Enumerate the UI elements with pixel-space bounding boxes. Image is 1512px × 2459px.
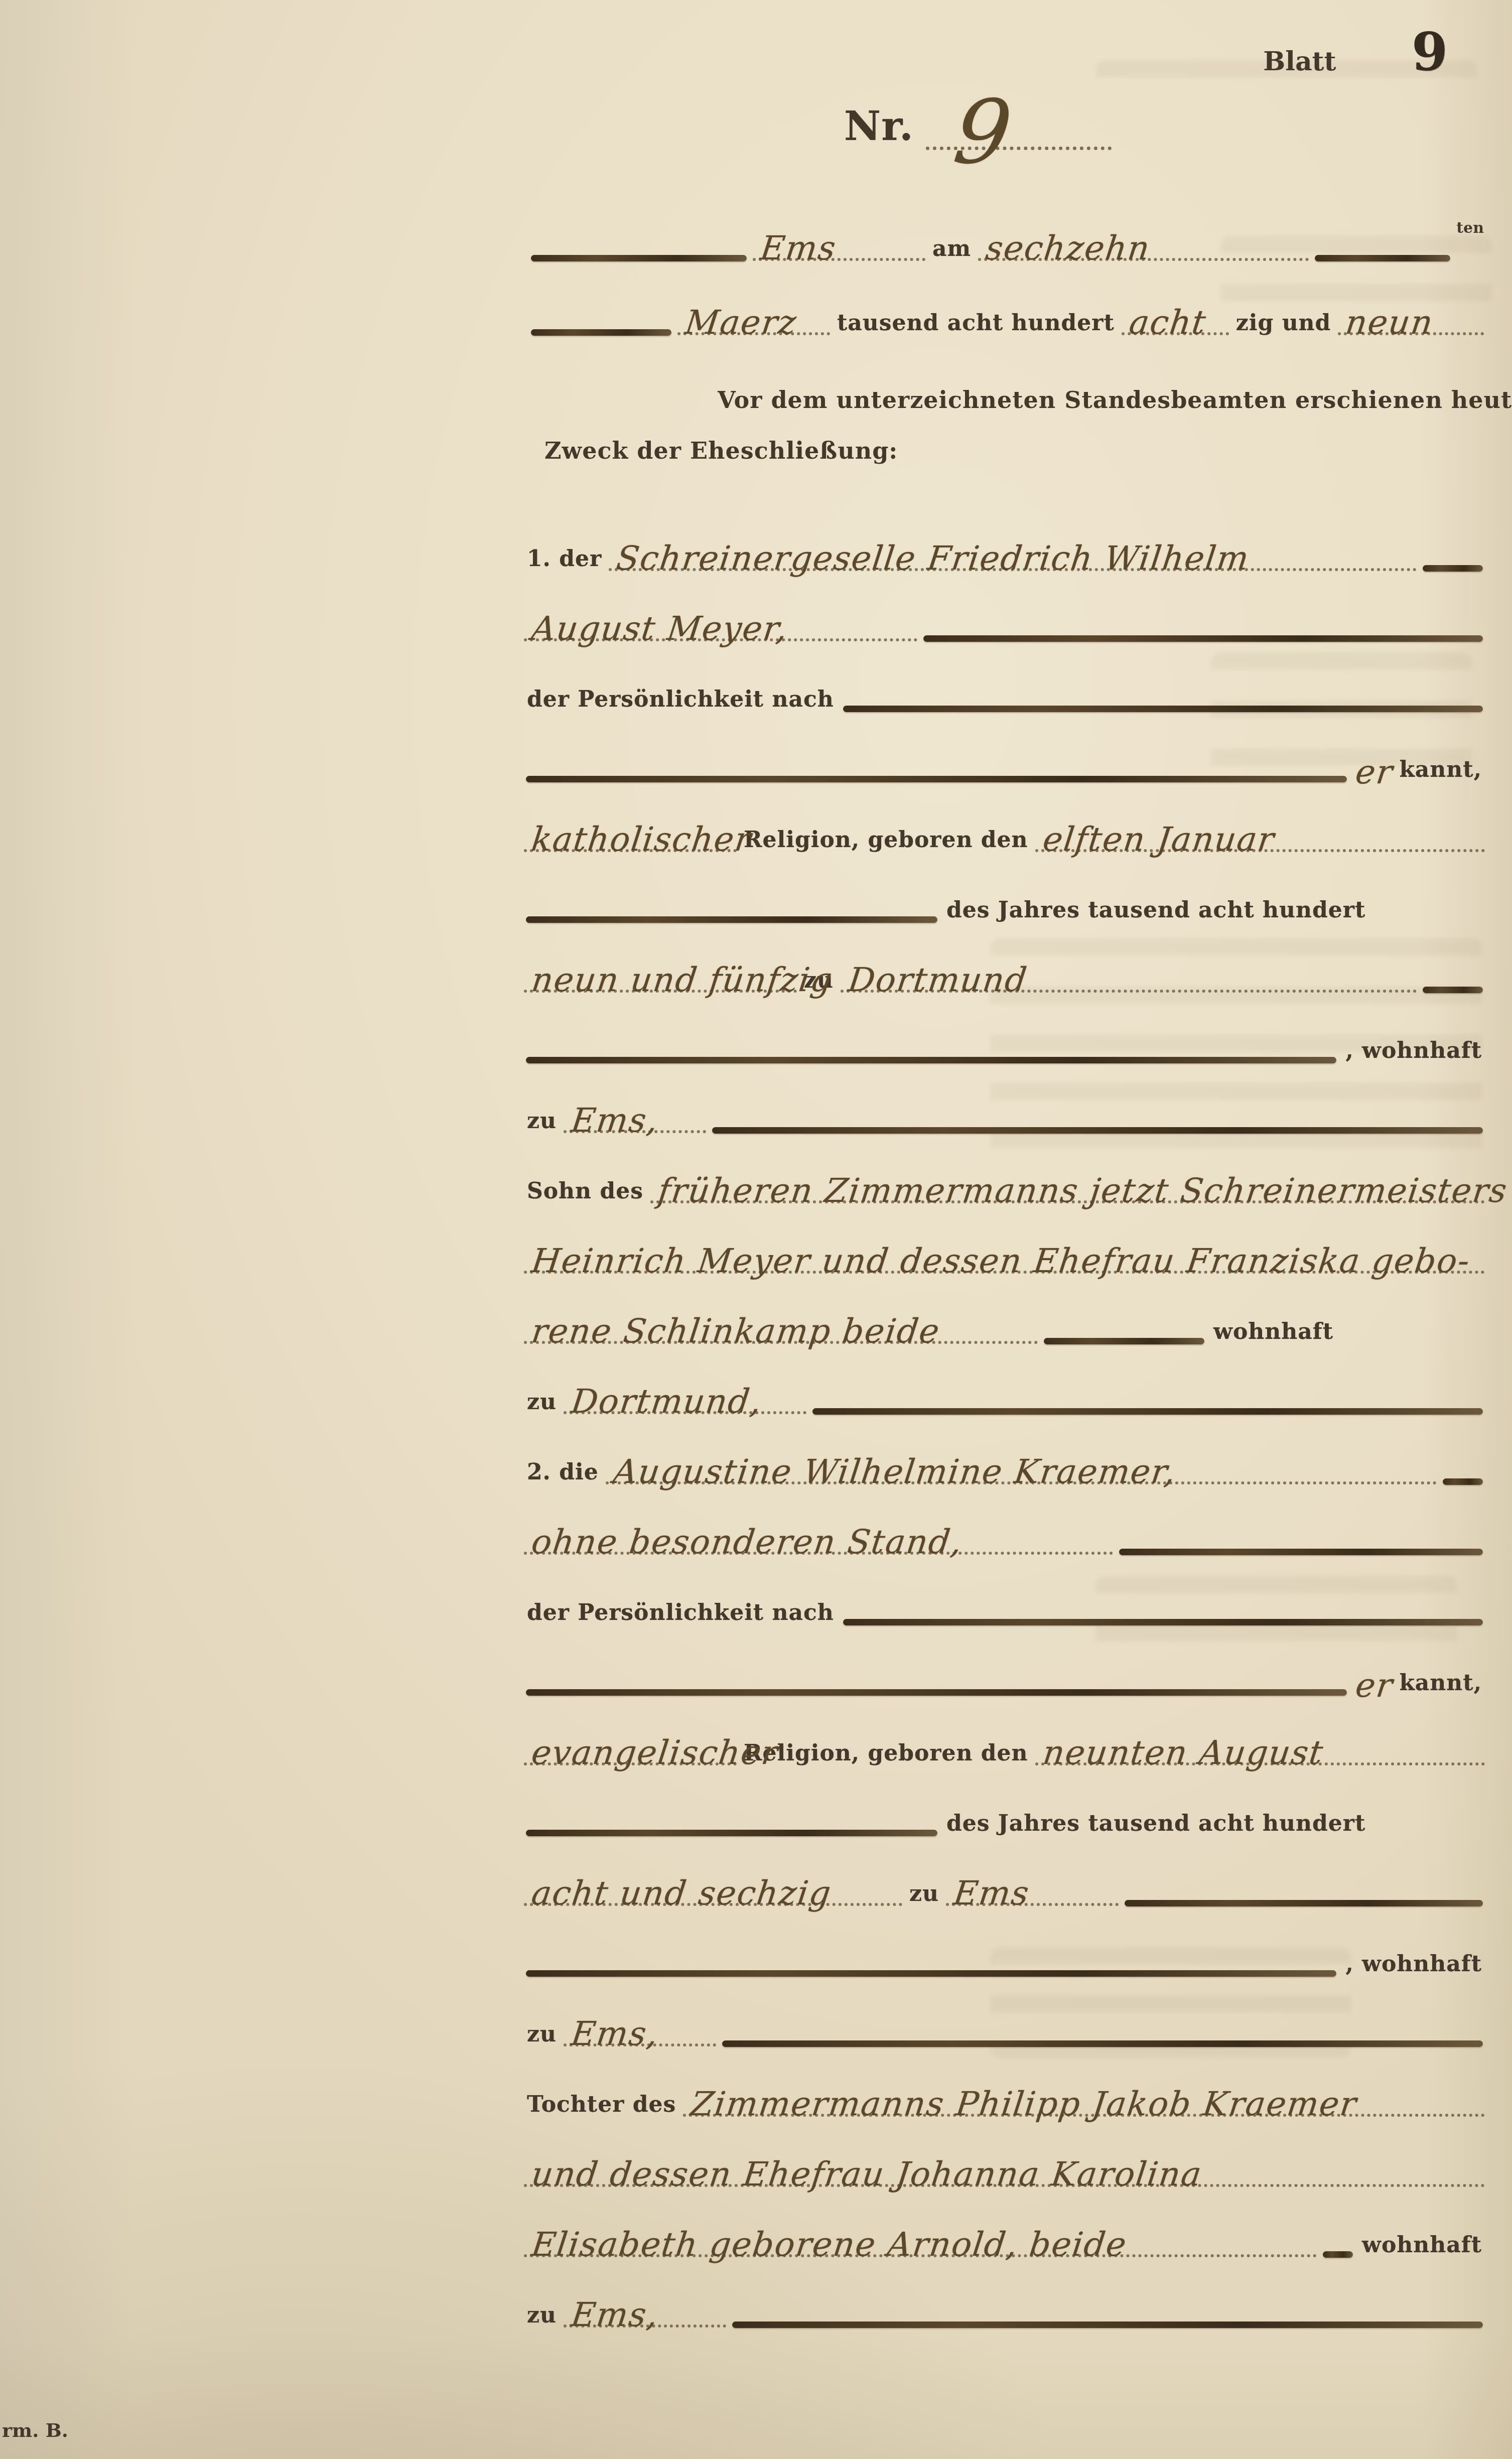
form-line: zuEms,: [522, 1983, 1487, 2054]
ruled-blank: acht und sechzig: [524, 1878, 902, 1906]
preamble: Vor dem unterzeichneten Standesbeamten e…: [544, 387, 1468, 488]
handwritten-entry: Elisabeth geborene Arnold, beide: [530, 2230, 1129, 2259]
ink-strike: [526, 1830, 937, 1836]
ink-strike: [531, 329, 671, 336]
ruled-blank: acht: [1122, 308, 1229, 335]
handwritten-entry: früheren Zimmermanns jetzt Schreinermeis…: [656, 1176, 1509, 1205]
form-line: der Persönlichkeit nach: [522, 1562, 1487, 1632]
printed-label: zu: [527, 1110, 557, 1132]
form-line: neun und fünfzigzuDortmund: [522, 929, 1487, 1000]
form-line: ohne besonderen Stand,: [522, 1491, 1487, 1562]
handwritten-entry: acht und sechzig: [530, 1878, 833, 1908]
form-line: zuDortmund,: [522, 1351, 1487, 1421]
handwritten-entry: katholischer: [530, 825, 754, 854]
ruled-blank: Ems: [946, 1878, 1119, 1906]
handwritten-entry: Dortmund,: [570, 1387, 764, 1416]
ink-strike: [843, 1619, 1483, 1625]
printed-label: zu: [527, 2023, 557, 2045]
handwritten-entry: rene Schlinkamp beide: [530, 1316, 942, 1346]
printed-label: 2. die: [527, 1461, 599, 1483]
ink-strike: [1323, 2251, 1353, 2258]
form-line: rene Schlinkamp beidewohnhaft: [522, 1281, 1487, 1351]
printed-label: kannt,: [1399, 1672, 1482, 1694]
form-line: evangelischerReligion, geboren denneunte…: [522, 1702, 1487, 1772]
ruled-blank: Ems,: [564, 2019, 716, 2046]
handwritten-entry: Ems: [759, 233, 838, 263]
ruled-blank: Dortmund,: [564, 1387, 806, 1414]
form-line: der Persönlichkeit nach: [522, 648, 1487, 719]
form-line: Heinrich Meyer und dessen Ehefrau Franzi…: [522, 1210, 1487, 1281]
handwritten-entry: neun: [1344, 308, 1435, 337]
printed-label: tausend acht hundert: [837, 312, 1115, 334]
form-line: erkannt,: [522, 719, 1487, 789]
printed-superscript: ten: [1456, 221, 1484, 236]
handwritten-entry: Ems,: [570, 1106, 660, 1135]
printed-label: zig und: [1236, 312, 1331, 334]
printed-label: Religion, geboren den: [744, 829, 1028, 851]
sheet-number-block: Blatt 9: [1263, 26, 1448, 78]
ruled-blank: neunten August: [1035, 1738, 1485, 1765]
ink-strike: [722, 2040, 1483, 2047]
ruled-blank: Ems: [753, 233, 925, 261]
ruled-blank: Maerz: [677, 308, 830, 335]
ink-strike: [526, 1970, 1336, 1977]
printed-label: 1. der: [527, 548, 602, 570]
form-line: August Meyer,: [522, 578, 1487, 648]
printed-label: des Jahres tausend acht hundert: [946, 1813, 1365, 1835]
handwritten-entry: Zimmermanns Philipp Jakob Kraemer: [689, 2089, 1359, 2119]
ruled-blank: Elisabeth geborene Arnold, beide: [524, 2230, 1317, 2257]
ruled-blank: Zimmermanns Philipp Jakob Kraemer: [683, 2089, 1485, 2117]
handwritten-entry: ohne besonderen Stand,: [530, 1527, 965, 1557]
ink-strike: [1125, 1900, 1483, 1906]
printed-label: , wohnhaft: [1345, 1040, 1482, 1062]
handwritten-entry: neunten August: [1041, 1738, 1325, 1767]
ink-strike: [526, 776, 1347, 782]
ink-strike: [1044, 1338, 1204, 1344]
printed-label: der Persönlichkeit nach: [527, 689, 834, 711]
handwritten-entry: neun und fünfzig: [530, 965, 835, 995]
handwritten-entry: und dessen Ehefrau Johanna Karolina: [530, 2159, 1204, 2189]
handwritten-entry: Schreinergeselle Friedrich Wilhelm: [615, 543, 1251, 573]
handwritten-entry: Dortmund: [847, 965, 1029, 995]
ink-strike: [843, 706, 1483, 712]
preamble-line-1: Vor dem unterzeichneten Standesbeamten e…: [544, 387, 1468, 413]
printed-label: zu: [527, 1391, 557, 1413]
record-number-label: Nr.: [844, 106, 914, 146]
printed-label: wohnhaft: [1362, 2234, 1482, 2256]
printed-label: Sohn des: [527, 1180, 643, 1202]
ink-strike: [1423, 565, 1483, 572]
ruled-blank: neun: [1338, 308, 1484, 335]
ink-strike: [526, 1057, 1336, 1063]
form-line: Elisabeth geborene Arnold, beidewohnhaft: [522, 2194, 1487, 2264]
handwritten-entry: Ems,: [570, 2019, 660, 2048]
record-number-rule: 9: [926, 93, 1112, 150]
ink-strike: [526, 916, 937, 923]
ruled-blank: ohne besonderen Stand,: [524, 1527, 1113, 1555]
printed-label: des Jahres tausend acht hundert: [946, 899, 1365, 921]
printed-label: wohnhaft: [1213, 1321, 1333, 1343]
form-line: des Jahres tausend acht hundert: [522, 1772, 1487, 1843]
handwritten-entry: acht: [1128, 308, 1208, 337]
ink-strike: [712, 1127, 1483, 1134]
form-body: 1. derSchreinergeselle Friedrich Wilhelm…: [522, 508, 1487, 2335]
form-line: zuEms,: [522, 2264, 1487, 2335]
form-line: 2. dieAugustine Wilhelmine Kraemer,: [522, 1421, 1487, 1491]
preamble-line-2: Zweck der Eheschließung:: [544, 438, 1468, 464]
form-line: acht und sechzigzuEms: [522, 1843, 1487, 1913]
ink-strike: [1443, 1478, 1483, 1485]
ink-strike: [526, 1689, 1347, 1696]
ruled-blank: neun und fünfzig: [524, 965, 797, 993]
printed-label: kannt,: [1399, 759, 1482, 781]
form-line: Tochter desZimmermanns Philipp Jakob Kra…: [522, 2054, 1487, 2124]
ink-strike: [732, 2321, 1483, 2328]
ruled-blank: Ems,: [564, 1106, 706, 1133]
printed-label: zu: [909, 1883, 939, 1905]
handwritten-entry: evangelischer: [530, 1738, 780, 1767]
ruled-blank: Dortmund: [841, 965, 1417, 993]
record-number-block: Nr. 9: [839, 93, 1112, 150]
ruled-blank: und dessen Ehefrau Johanna Karolina: [524, 2159, 1485, 2187]
form-line: katholischerReligion, geboren denelften …: [522, 789, 1487, 859]
handwritten-entry: Heinrich Meyer und dessen Ehefrau Franzi…: [530, 1246, 1472, 1276]
ruled-blank: Augustine Wilhelmine Kraemer,: [606, 1457, 1437, 1484]
ink-strike: [1423, 987, 1483, 993]
ruled-blank: elften Januar: [1035, 825, 1485, 852]
form-line: Sohn desfrüheren Zimmermanns jetzt Schre…: [522, 1140, 1487, 1210]
handwritten-entry: elften Januar: [1041, 825, 1277, 854]
form-line: zuEms,: [522, 1070, 1487, 1140]
handwritten-entry: Ems: [952, 1878, 1031, 1908]
printed-label: der Persönlichkeit nach: [527, 1602, 834, 1624]
form-line: , wohnhaft: [522, 1000, 1487, 1070]
ruled-blank: sechzehn: [978, 233, 1309, 261]
handwritten-entry: er: [1354, 1671, 1395, 1700]
place-day-line: Emsamsechzehnten: [527, 198, 1486, 268]
printed-label: am: [932, 238, 971, 260]
ruled-blank: rene Schlinkamp beide: [524, 1316, 1038, 1344]
form-line: 1. derSchreinergeselle Friedrich Wilhelm: [522, 508, 1487, 578]
ink-strike: [531, 255, 747, 261]
sheet-label: Blatt: [1263, 46, 1336, 77]
printed-label: Religion, geboren den: [744, 1742, 1028, 1764]
registry-page-scan: Blatt 9 Nr. 9 Emsamsechzehnten Maerztaus…: [0, 0, 1512, 2459]
handwritten-entry: Ems,: [570, 2300, 660, 2330]
handwritten-entry: Augustine Wilhelmine Kraemer,: [612, 1457, 1178, 1486]
ruled-blank: früheren Zimmermanns jetzt Schreinermeis…: [650, 1176, 1485, 1203]
ruled-blank: evangelischer: [524, 1738, 737, 1765]
form-line: und dessen Ehefrau Johanna Karolina: [522, 2124, 1487, 2194]
ruled-blank: Ems,: [564, 2300, 726, 2328]
handwritten-entry: sechzehn: [984, 233, 1152, 263]
ruled-blank: Heinrich Meyer und dessen Ehefrau Franzi…: [524, 1246, 1485, 1274]
printed-label: , wohnhaft: [1345, 1953, 1482, 1975]
printed-label: Tochter des: [527, 2094, 676, 2116]
sheet-number: 9: [1412, 26, 1448, 78]
ruled-blank: Schreinergeselle Friedrich Wilhelm: [609, 543, 1417, 571]
ink-strike: [812, 1408, 1483, 1415]
handwritten-entry: August Meyer,: [530, 614, 790, 643]
ink-strike: [1119, 1549, 1483, 1555]
printed-label: zu: [527, 2304, 557, 2327]
handwritten-entry: er: [1354, 757, 1395, 787]
ruled-blank: katholischer: [524, 825, 737, 852]
form-line: , wohnhaft: [522, 1913, 1487, 1983]
month-year-line: Maerztausend acht hundertachtzig undneun: [527, 272, 1486, 342]
ink-strike: [923, 635, 1483, 642]
handwritten-entry: Maerz: [683, 308, 799, 337]
form-line: des Jahres tausend acht hundert: [522, 859, 1487, 929]
form-edition-mark: rm. B.: [2, 2419, 68, 2441]
ruled-blank: August Meyer,: [524, 614, 917, 641]
form-line: erkannt,: [522, 1632, 1487, 1702]
record-number-handwritten: 9: [950, 93, 1017, 173]
ink-strike: [1315, 255, 1450, 261]
